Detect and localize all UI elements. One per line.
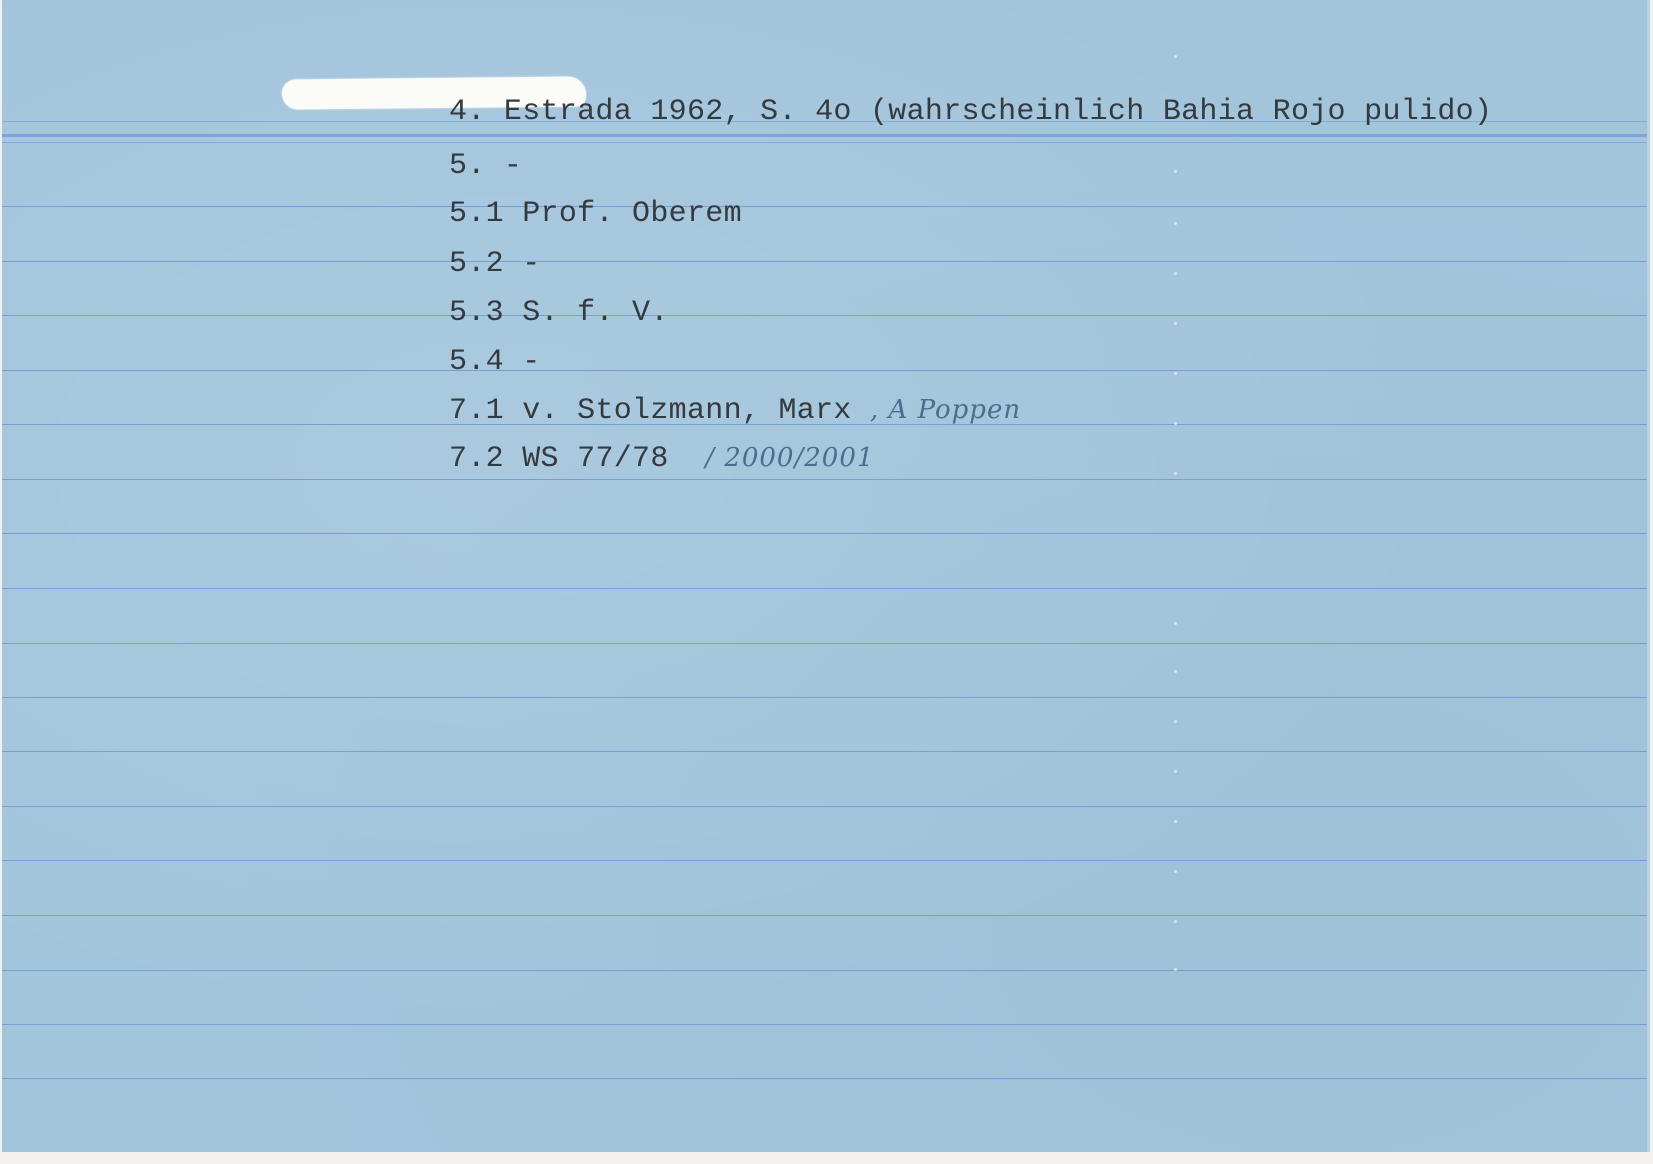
paper-speck — [1174, 670, 1177, 673]
paper-speck — [1174, 770, 1177, 773]
ruled-line — [2, 588, 1647, 589]
entry-number: 7.1 — [449, 394, 504, 428]
entry-7-1: 7.1 v. Stolzmann, Marx , A Poppen — [449, 396, 1021, 426]
entry-text: - — [504, 149, 522, 183]
entry-text: WS 77/78 — [522, 442, 668, 476]
paper-speck — [1174, 820, 1177, 823]
entry-5-4: 5.4 - — [449, 347, 541, 377]
entry-number: 5.3 — [449, 296, 504, 330]
ruled-line — [2, 206, 1647, 207]
entry-text: Prof. Oberem — [522, 197, 742, 231]
ruled-line — [2, 806, 1647, 807]
entry-number: 5.1 — [449, 197, 504, 231]
ruled-line — [2, 1078, 1647, 1079]
header-rule-bottom — [2, 142, 1647, 143]
ruled-line — [2, 533, 1647, 534]
paper-speck — [1174, 472, 1177, 475]
paper-speck — [1174, 222, 1177, 225]
ruled-line — [2, 915, 1647, 916]
entry-5-2: 5.2 - — [449, 249, 541, 279]
entry-text: v. Stolzmann, Marx — [522, 394, 851, 428]
entry-number: 7.2 — [449, 442, 504, 476]
ruled-line — [2, 697, 1647, 698]
handwritten-annotation: , A Poppen — [870, 395, 1021, 425]
paper-speck — [1174, 272, 1177, 275]
entry-text: - — [522, 345, 540, 379]
entry-text: S. f. V. — [522, 296, 668, 330]
entry-number: 4. — [449, 95, 486, 129]
entry-4: 4. Estrada 1962, S. 4o (wahrscheinlich B… — [449, 97, 1492, 127]
ruled-line — [2, 370, 1647, 371]
entry-5-3: 5.3 S. f. V. — [449, 298, 669, 328]
paper-speck — [1174, 170, 1177, 173]
header-rule-thick — [2, 134, 1647, 137]
ruled-line — [2, 643, 1647, 644]
entry-text: - — [522, 247, 540, 281]
handwritten-annotation: / 2000/2001 — [705, 443, 874, 473]
entry-text: Estrada 1962, S. 4o (wahrscheinlich Bahi… — [504, 95, 1492, 129]
scan-background-strip — [0, 1152, 1653, 1164]
paper-speck — [1174, 968, 1177, 971]
entry-5-1: 5.1 Prof. Oberem — [449, 199, 742, 229]
ruled-line — [2, 261, 1647, 262]
entry-5: 5. - — [449, 151, 522, 181]
paper-speck — [1174, 372, 1177, 375]
entry-number: 5.4 — [449, 345, 504, 379]
entry-7-2: 7.2 WS 77/78 / 2000/2001 — [449, 444, 874, 474]
paper-speck — [1174, 422, 1177, 425]
paper-speck — [1174, 622, 1177, 625]
ruled-line — [2, 1024, 1647, 1025]
paper-speck — [1174, 322, 1177, 325]
paper-speck — [1174, 870, 1177, 873]
ruled-line — [2, 479, 1647, 480]
paper-speck — [1174, 720, 1177, 723]
ruled-line — [2, 315, 1647, 316]
paper-speck — [1174, 920, 1177, 923]
index-card: 4. Estrada 1962, S. 4o (wahrscheinlich B… — [2, 0, 1650, 1152]
paper-speck — [1174, 55, 1177, 58]
entry-number: 5. — [449, 149, 486, 183]
ruled-line — [2, 751, 1647, 752]
ruled-line — [2, 970, 1647, 971]
entry-number: 5.2 — [449, 247, 504, 281]
ruled-line — [2, 860, 1647, 861]
